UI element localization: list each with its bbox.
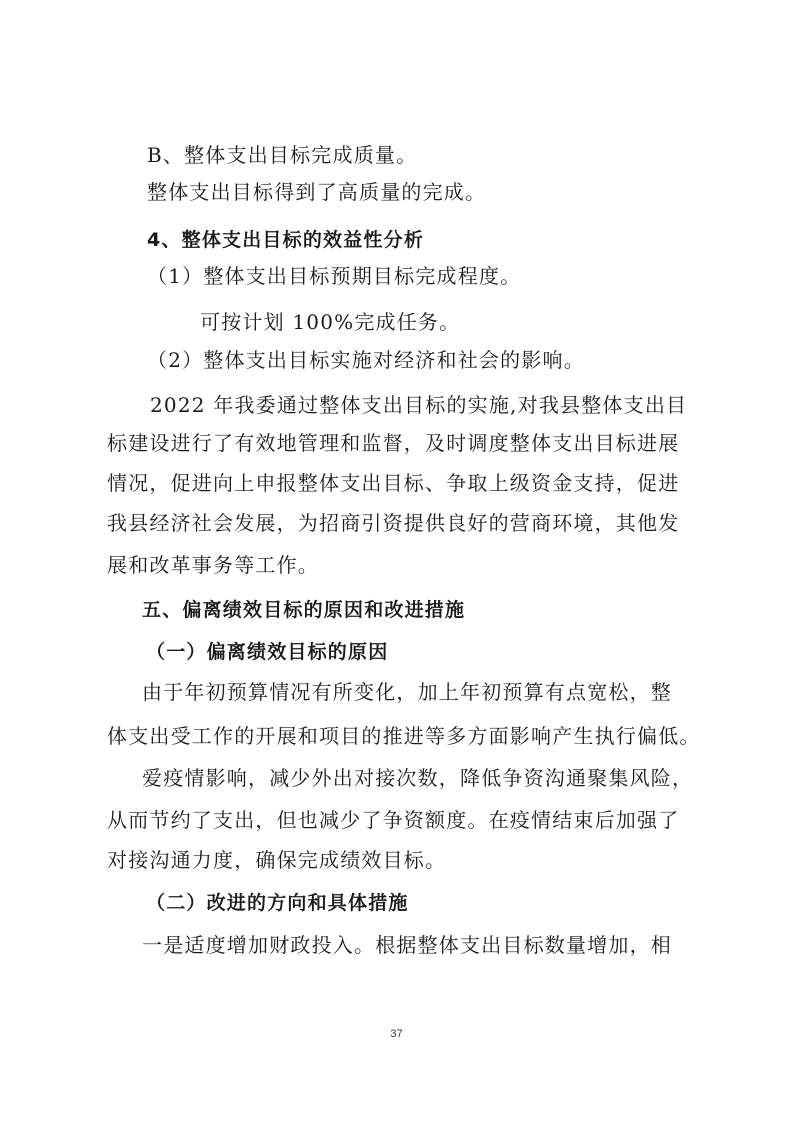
page-number: 37	[0, 1028, 793, 1040]
paragraph-line: 对接沟通力度，确保完成绩效目标。	[107, 846, 446, 874]
paragraph-line: 2022 年我委通过整体支出目标的实施,对我县整体支出目	[150, 391, 687, 419]
paragraph-line: 可按计划 100%完成任务。	[200, 308, 460, 336]
section-heading: 五、偏离绩效目标的原因和改进措施	[142, 596, 465, 624]
paragraph-line: 展和改革事务等工作。	[107, 551, 319, 579]
paragraph-line: 一是适度增加财政投入。根据整体支出目标数量增加，相	[142, 931, 672, 959]
paragraph-line: B、整体支出目标完成质量。	[147, 141, 417, 169]
paragraph-line: 由于年初预算情况有所变化，加上年初预算有点宽松，整	[142, 678, 672, 706]
paragraph-line: 整体支出目标得到了高质量的完成。	[147, 178, 486, 206]
paragraph-line: 标建设进行了有效地管理和监督，及时调度整体支出目标进展	[107, 429, 679, 457]
paragraph-line: 我县经济社会发展，为招商引资提供良好的营商环境，其他发	[107, 509, 679, 537]
subsection-heading: （一）偏离绩效目标的原因	[146, 638, 388, 666]
paragraph-line: 从而节约了支出，但也减少了争资额度。在疫情结束后加强了	[107, 806, 679, 834]
paragraph-line: 爱疫情影响，减少外出对接次数，降低争资沟通聚集风险，	[142, 764, 693, 792]
subsection-heading: （二）改进的方向和具体措施	[146, 889, 409, 917]
paragraph-line: （1）整体支出目标预期目标完成程度。	[147, 262, 521, 290]
paragraph-line: 情况，促进向上申报整体支出目标、争取上级资金支持，促进	[107, 469, 679, 497]
section-heading: 4、整体支出目标的效益性分析	[147, 226, 424, 254]
paragraph-line: 体支出受工作的开展和项目的推进等多方面影响产生执行偏低。	[107, 722, 701, 750]
paragraph-line: （2）整体支出目标实施对经济和社会的影响。	[147, 346, 585, 374]
